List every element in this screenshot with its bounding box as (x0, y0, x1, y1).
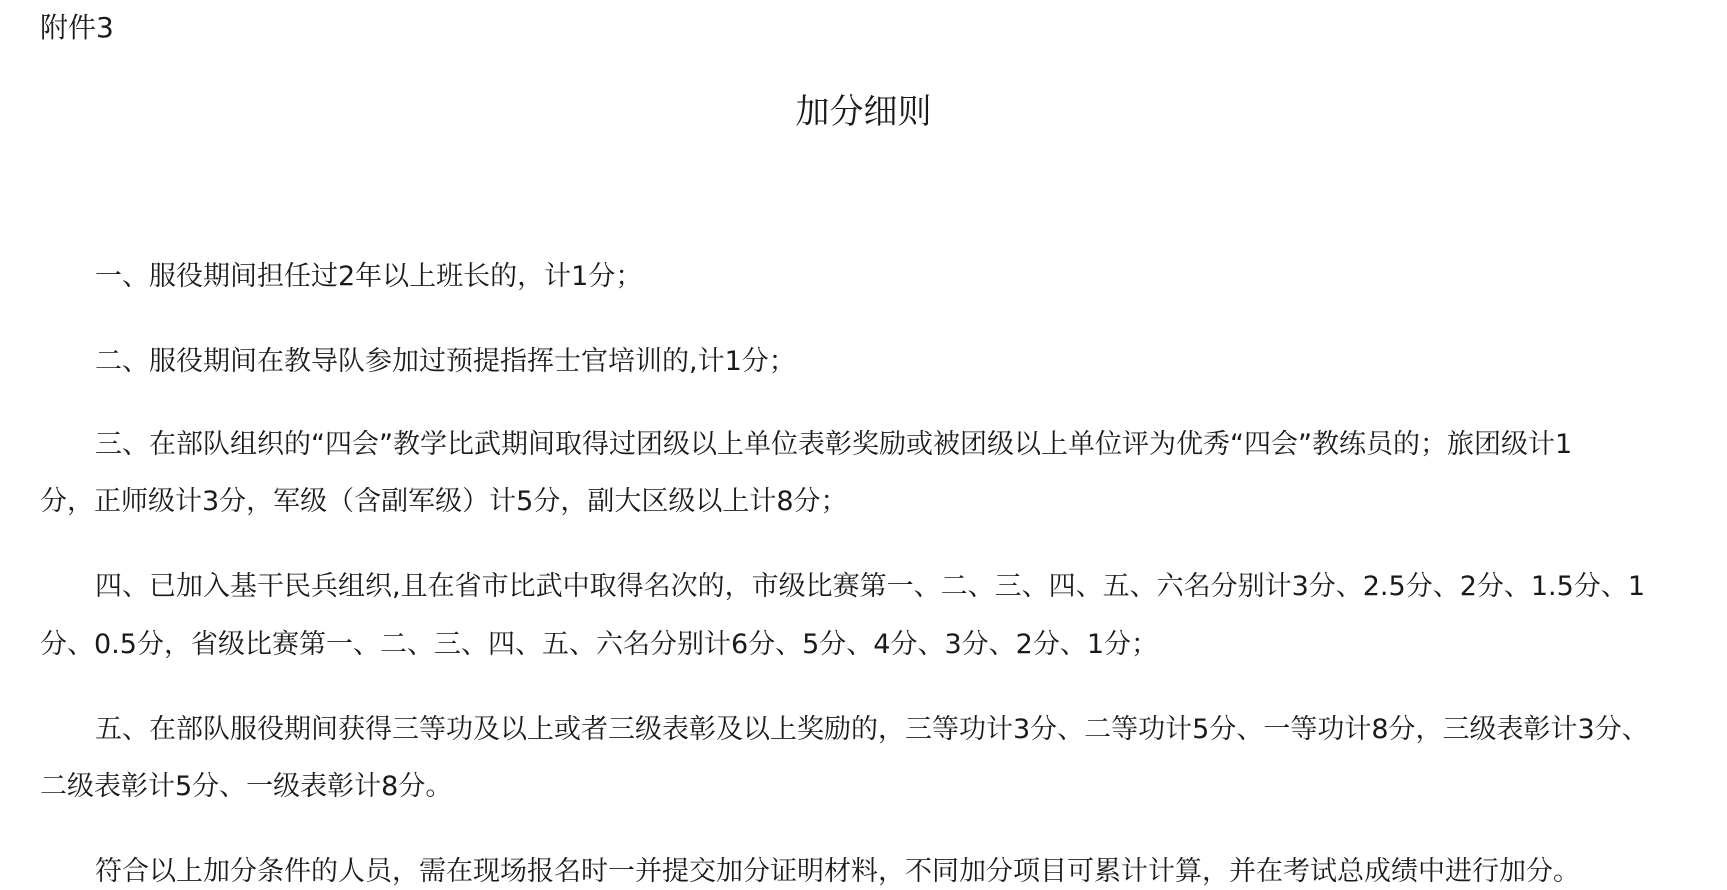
paragraph-line: 二、服役期间在教导队参加过预提指挥士官培训的,计1分； (95, 344, 796, 380)
paragraph-line: 分，正师级计3分，军级（含副军级）计5分，副大区级以上计8分； (40, 484, 848, 520)
paragraph-line: 符合以上加分条件的人员，需在现场报名时一并提交加分证明材料，不同加分项目可累计计… (95, 854, 1580, 890)
attachment-label: 附件3 (40, 10, 114, 46)
paragraph-line: 三、在部队组织的“四会”教学比武期间取得过团级以上单位表彰奖励或被团级以上单位评… (95, 427, 1572, 463)
paragraph-line: 一、服役期间担任过2年以上班长的，计1分； (95, 259, 642, 295)
document-title: 加分细则 (0, 90, 1727, 134)
paragraph-line: 二级表彰计5分、一级表彰计8分。 (40, 769, 452, 805)
paragraph-line: 四、已加入基干民兵组织,且在省市比武中取得名次的，市级比赛第一、二、三、四、五、… (95, 569, 1645, 605)
paragraph-line: 五、在部队服役期间获得三等功及以上或者三级表彰及以上奖励的，三等功计3分、二等功… (95, 712, 1649, 748)
paragraph-line: 分、0.5分，省级比赛第一、二、三、四、五、六名分别计6分、5分、4分、3分、2… (40, 627, 1158, 663)
